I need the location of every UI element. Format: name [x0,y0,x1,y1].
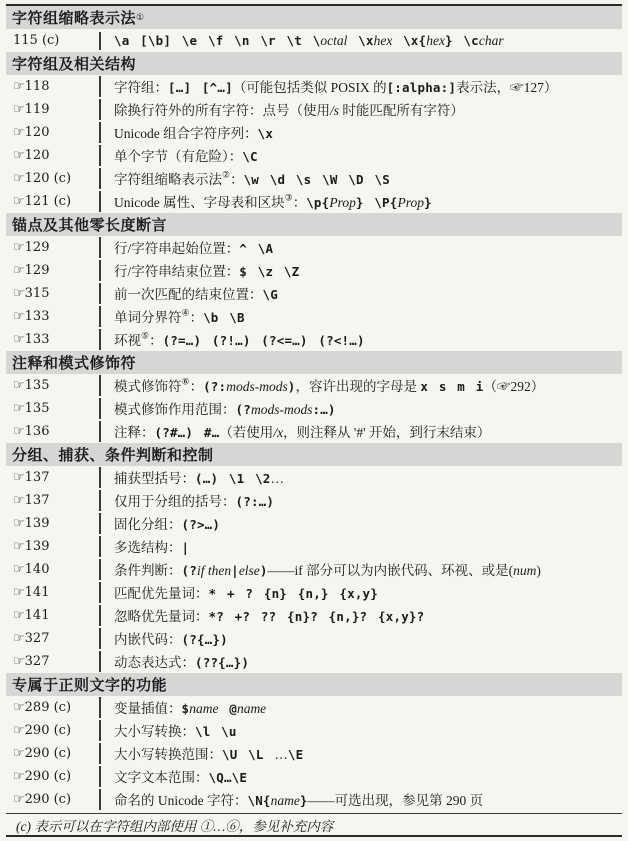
text-segment: （☞292） [483,379,544,394]
text-segment: … [274,747,288,762]
table-row: ☞327内嵌代码：(?{…}) [6,627,622,650]
text-segment: Unicode 组合字符序列： [114,126,258,141]
section-header: 字符组缩略表示法① [6,6,622,29]
row-description: 注释：(?#…) #…（若使用/x，则注释从 '#' 开始，到行末结束） [99,421,622,442]
code-segment: \w \d \s \W \D \S [244,172,390,187]
page-ref: ☞327 [6,631,99,646]
variable-segment: mods-mods [226,379,288,394]
page-ref: ☞129 [6,240,99,255]
table-row: ☞133单词分界符④：\b \B [6,305,622,328]
code-segment: (?=…) (?!…) (?<=…) (?<!…) [163,333,365,348]
page-ref: ☞139 [6,539,99,554]
text-segment: 匹配优先量词： [114,586,209,601]
text-segment: 命名的 Unicode 字符： [114,793,247,808]
page-ref: ☞140 [6,562,99,577]
row-description: 多选结构：| [99,536,622,557]
variable-segment: hex [374,33,393,48]
page-ref: ☞120 [6,148,99,163]
table-row: ☞290 (c)大小写转换范围：\U \L …\E [6,742,622,765]
page-ref: ☞137 [6,493,99,508]
text-segment: 行/字符串结束位置： [114,264,239,279]
row-description: 匹配优先量词：* + ? {n} {n,} {x,y} [99,582,622,603]
code-segment: $ \z \Z [239,264,299,279]
text-segment: 字符组： [114,80,168,95]
table-row: ☞129行/字符串起始位置：^ \A [6,236,622,259]
row-description: 仅用于分组的括号：(?:…) [99,490,622,511]
code-segment: [:alpha:] [387,80,457,95]
page-ref: ☞120 [6,125,99,140]
code-segment: \U \L [222,747,274,762]
row-description: 字符组：[…] [^…]（可能包括类似 POSIX 的[:alpha:]表示法，… [99,76,622,97]
text-segment: Unicode 属性、字母表和区块 [114,195,285,210]
page-ref: ☞121 (c) [6,194,99,209]
text-segment: 内嵌代码： [114,632,182,647]
code-segment: } [300,793,308,808]
section-header: 专属于正则文字的功能 [6,673,622,696]
code-segment: (?:…) [236,494,275,509]
page-ref: ☞289 (c) [6,700,99,715]
text-segment: ： [190,310,204,325]
table-row: ☞137仅用于分组的括号：(?:…) [6,489,622,512]
section-title: 注释和模式修饰符 [12,352,136,373]
page-ref: ☞119 [6,102,99,117]
variable-segment: name [271,793,300,808]
code-segment: @ [218,701,236,716]
table-row: ☞119除换行符外的所有字符：点号（使用/s 时能匹配所有字符） [6,98,622,121]
text-segment: 模式修饰作用范围： [114,402,236,417]
text-segment: 变量插值： [114,701,182,716]
code-segment: ) [288,379,296,394]
variable-segment: name [237,701,266,716]
footnote-marker: ⑤ [141,332,149,342]
code-segment: […] [^…] [168,80,233,95]
row-description: 单个字节（有危险）：\C [99,145,622,166]
variable-segment: char [479,33,504,48]
variable-segment: mods-mods [251,402,313,417]
row-description: 单词分界符④：\b \B [99,306,622,327]
variable-segment: num [513,563,536,578]
row-description: 除换行符外的所有字符：点号（使用/s 时能匹配所有字符） [99,99,622,120]
section-title: 分组、捕获、条件判断和控制 [12,444,214,465]
text-segment: 单词分界符 [114,310,182,325]
page-ref: ☞290 (c) [6,723,99,738]
section-title: 锚点及其他零长度断言 [12,214,167,235]
page-ref: ☞141 [6,585,99,600]
code-segment: \C [242,149,257,164]
text-segment: ) [536,563,541,578]
regex-summary-table: 字符组缩略表示法①115 (c)\a [\b] \e \f \n \r \t \… [6,6,622,811]
page-ref: ☞327 [6,654,99,669]
code-segment: \G [263,287,278,302]
text-segment: 固化分组： [114,517,182,532]
table-row: 115 (c)\a [\b] \e \f \n \r \t \octal \xh… [6,29,622,52]
page-ref: ☞139 [6,516,99,531]
row-description: 命名的 Unicode 字符：\N{name}——可选出现，参见第 290 页 [99,789,622,810]
text-segment: 捕获型括号： [114,471,195,486]
text-segment: ，则注释从 '#' 开始，到行末结束） [283,425,490,440]
table-row: ☞135模式修饰作用范围：(?mods-mods:…) [6,397,622,420]
page-ref: ☞135 [6,378,99,393]
code-segment: \N{ [247,793,270,808]
code-segment: \p{ [306,195,329,210]
text-segment: 模式修饰符 [114,379,182,394]
code-segment: | [231,563,239,578]
row-description: Unicode 属性、字母表和区块③：\p{Prop} \P{Prop} [99,191,622,212]
section-title: 字符组缩略表示法 [12,7,136,28]
footnote-marker: ② [222,171,230,181]
text-segment: 大小写转换： [114,724,195,739]
row-description: 行/字符串起始位置：^ \A [99,237,622,258]
page-ref: ☞133 [6,309,99,324]
section-header: 字符组及相关结构 [6,52,622,75]
page-ref: ☞290 (c) [6,769,99,784]
code-segment: \Q…\E [209,770,248,785]
section-title: 字符组及相关结构 [12,53,136,74]
code-segment: (…) \1 \2 [195,471,271,486]
text-segment: 条件判断： [114,563,182,578]
text-segment: 仅用于分组的括号： [114,494,236,509]
row-description: 内嵌代码：(?{…}) [99,628,622,649]
text-segment: 环视 [114,333,141,348]
code-segment: \x{ [392,33,426,48]
row-description: 前一次匹配的结束位置：\G [99,283,622,304]
table-row: ☞141忽略优先量词：*? +? ?? {n}? {n,}? {x,y}? [6,604,622,627]
text-segment: 文字文本范围： [114,770,209,785]
code-segment: } \P{ [356,195,398,210]
row-description: Unicode 组合字符序列：\x [99,122,622,143]
table-row: ☞290 (c)文字文本范围：\Q…\E [6,765,622,788]
variable-segment: name [189,701,218,716]
text-segment: 除换行符外的所有字符：点号（使用 [114,103,330,118]
code-segment: (?: [203,379,226,394]
text-segment: ——if 部分可以为内嵌代码、环视、或是( [268,563,514,578]
text-segment: ： [149,333,163,348]
row-description: 模式修饰作用范围：(?mods-mods:…) [99,398,622,419]
page-ref: ☞136 [6,424,99,439]
footnote-row: (c) 表示可以在字符组内部使用 ①…⑥，参见补充内容 [6,814,622,835]
code-segment: (??{…}) [195,655,249,670]
code-segment: } \c [445,33,479,48]
page-ref: ☞120 (c) [6,171,99,186]
variable-segment: else [239,563,260,578]
table-row: ☞140条件判断：(?if then|else)——if 部分可以为内嵌代码、环… [6,558,622,581]
footnote-marker: ④ [182,309,190,319]
text-segment: ： [230,172,244,187]
table-row: ☞133环视⑤：(?=…) (?!…) (?<=…) (?<!…) [6,328,622,351]
row-description: 大小写转换范围：\U \L …\E [99,743,622,764]
page-ref: ☞141 [6,608,99,623]
text-segment: 大小写转换范围： [114,747,222,762]
page-ref: ☞290 (c) [6,746,99,761]
table-row: ☞141匹配优先量词：* + ? {n} {n,} {x,y} [6,581,622,604]
section-header: 锚点及其他零长度断言 [6,213,622,236]
code-segment: (?#…) #… [155,425,220,440]
page-ref: ☞118 [6,79,99,94]
book-page: 字符组缩略表示法①115 (c)\a [\b] \e \f \n \r \t \… [6,0,622,837]
text-segment: 前一次匹配的结束位置： [114,287,263,302]
section-header: 分组、捕获、条件判断和控制 [6,443,622,466]
table-row: ☞121 (c)Unicode 属性、字母表和区块③：\p{Prop} \P{P… [6,190,622,213]
page-ref: ☞135 [6,401,99,416]
row-description: 捕获型括号：(…) \1 \2… [99,467,622,488]
text-segment: （可能包括类似 POSIX 的 [233,80,387,95]
bottom-rule [6,835,622,837]
variable-segment: octal [320,33,347,48]
text-segment: … [271,471,285,486]
section-header: 注释和模式修饰符 [6,351,622,374]
code-segment: (? [236,402,251,417]
footnote-text: (c) 表示可以在字符组内部使用 ①…⑥，参见补充内容 [16,815,333,835]
page-ref: ☞290 (c) [6,792,99,807]
row-description: 固化分组：(?>…) [99,513,622,534]
table-row: ☞120 (c)字符组缩略表示法②：\w \d \s \W \D \S [6,167,622,190]
code-segment: (? [182,563,197,578]
code-segment: | [182,540,190,555]
variable-segment: if then [197,563,231,578]
code-segment: \E [288,747,303,762]
code-segment: \l \u [195,724,237,739]
text-segment: 多选结构： [114,540,182,555]
page-ref: 115 (c) [6,33,99,48]
footnote-marker: ⑥ [182,378,190,388]
table-row: ☞139固化分组：(?>…) [6,512,622,535]
text-segment: 字符组缩略表示法 [114,172,222,187]
table-row: ☞137捕获型括号：(…) \1 \2… [6,466,622,489]
variable-segment: Prop [329,195,356,210]
page-ref: ☞315 [6,286,99,301]
row-description: 模式修饰符⑥：(?:mods-mods)，容许出现的字母是 x s m i（☞2… [99,375,622,396]
text-segment: 注释： [114,425,155,440]
text-segment: 单个字节（有危险）： [114,149,242,164]
page-ref: ☞137 [6,470,99,485]
table-row: ☞129行/字符串结束位置：$ \z \Z [6,259,622,282]
variable-segment: hex [426,33,445,48]
row-description: 文字文本范围：\Q…\E [99,766,622,787]
variable-segment: Prop [398,195,425,210]
code-segment: ) [260,563,268,578]
code-segment: (?>…) [182,517,221,532]
code-segment: * + ? {n} {n,} {x,y} [209,586,379,601]
table-row: ☞135模式修饰符⑥：(?:mods-mods)，容许出现的字母是 x s m … [6,374,622,397]
text-segment: 表示法，☞127） [456,80,557,95]
row-description: 大小写转换：\l \u [99,720,622,741]
table-row: ☞120单个字节（有危险）：\C [6,144,622,167]
table-row: ☞290 (c)命名的 Unicode 字符：\N{name}——可选出现，参见… [6,788,622,811]
table-row: ☞290 (c)大小写转换：\l \u [6,719,622,742]
text-segment: （若使用 [219,425,273,440]
page-ref: ☞129 [6,263,99,278]
code-segment: :…) [312,402,335,417]
code-segment: \b \B [203,310,245,325]
section-title: 专属于正则文字的功能 [12,674,167,695]
row-description: 动态表达式：(??{…}) [99,651,622,672]
row-description: 忽略优先量词：*? +? ?? {n}? {n,}? {x,y}? [99,605,622,626]
text-segment: ，容许出现的字母是 [296,379,421,394]
code-segment: \x [258,126,273,141]
text-segment: 忽略优先量词： [114,609,209,624]
table-row: ☞136注释：(?#…) #…（若使用/x，则注释从 '#' 开始，到行末结束） [6,420,622,443]
text-segment: 动态表达式： [114,655,195,670]
table-row: ☞327动态表达式：(??{…}) [6,650,622,673]
table-row: ☞289 (c)变量插值：$name @name [6,696,622,719]
variable-segment: /s [330,103,339,118]
row-description: 行/字符串结束位置：$ \z \Z [99,260,622,281]
code-segment: x s m i [420,379,483,394]
text-segment: ——可选出现，参见第 290 页 [308,793,484,808]
table-row: ☞315前一次匹配的结束位置：\G [6,282,622,305]
row-description: 变量插值：$name @name [99,697,622,718]
footnote-marker: ③ [285,194,293,204]
table-row: ☞118字符组：[…] [^…]（可能包括类似 POSIX 的[:alpha:]… [6,75,622,98]
variable-segment: /x [273,425,283,440]
text-segment: 行/字符串起始位置： [114,241,239,256]
code-segment: ^ \A [239,241,273,256]
code-segment: } [424,195,432,210]
row-description: 字符组缩略表示法②：\w \d \s \W \D \S [99,168,622,189]
code-segment: \x [347,33,373,48]
row-description: 条件判断：(?if then|else)——if 部分可以为内嵌代码、环视、或是… [99,559,622,580]
page-ref: ☞133 [6,332,99,347]
text-segment: ： [293,195,307,210]
code-segment: *? +? ?? {n}? {n,}? {x,y}? [209,609,425,624]
table-row: ☞120Unicode 组合字符序列：\x [6,121,622,144]
text-segment: ： [190,379,204,394]
text-segment: 时能匹配所有字符） [339,103,464,118]
table-row: ☞139多选结构：| [6,535,622,558]
row-description: \a [\b] \e \f \n \r \t \octal \xhex \x{h… [99,32,622,50]
code-segment: (?{…}) [182,632,228,647]
code-segment: \a [\b] \e \f \n \r \t \ [114,33,320,48]
row-description: 环视⑤：(?=…) (?!…) (?<=…) (?<!…) [99,329,622,350]
